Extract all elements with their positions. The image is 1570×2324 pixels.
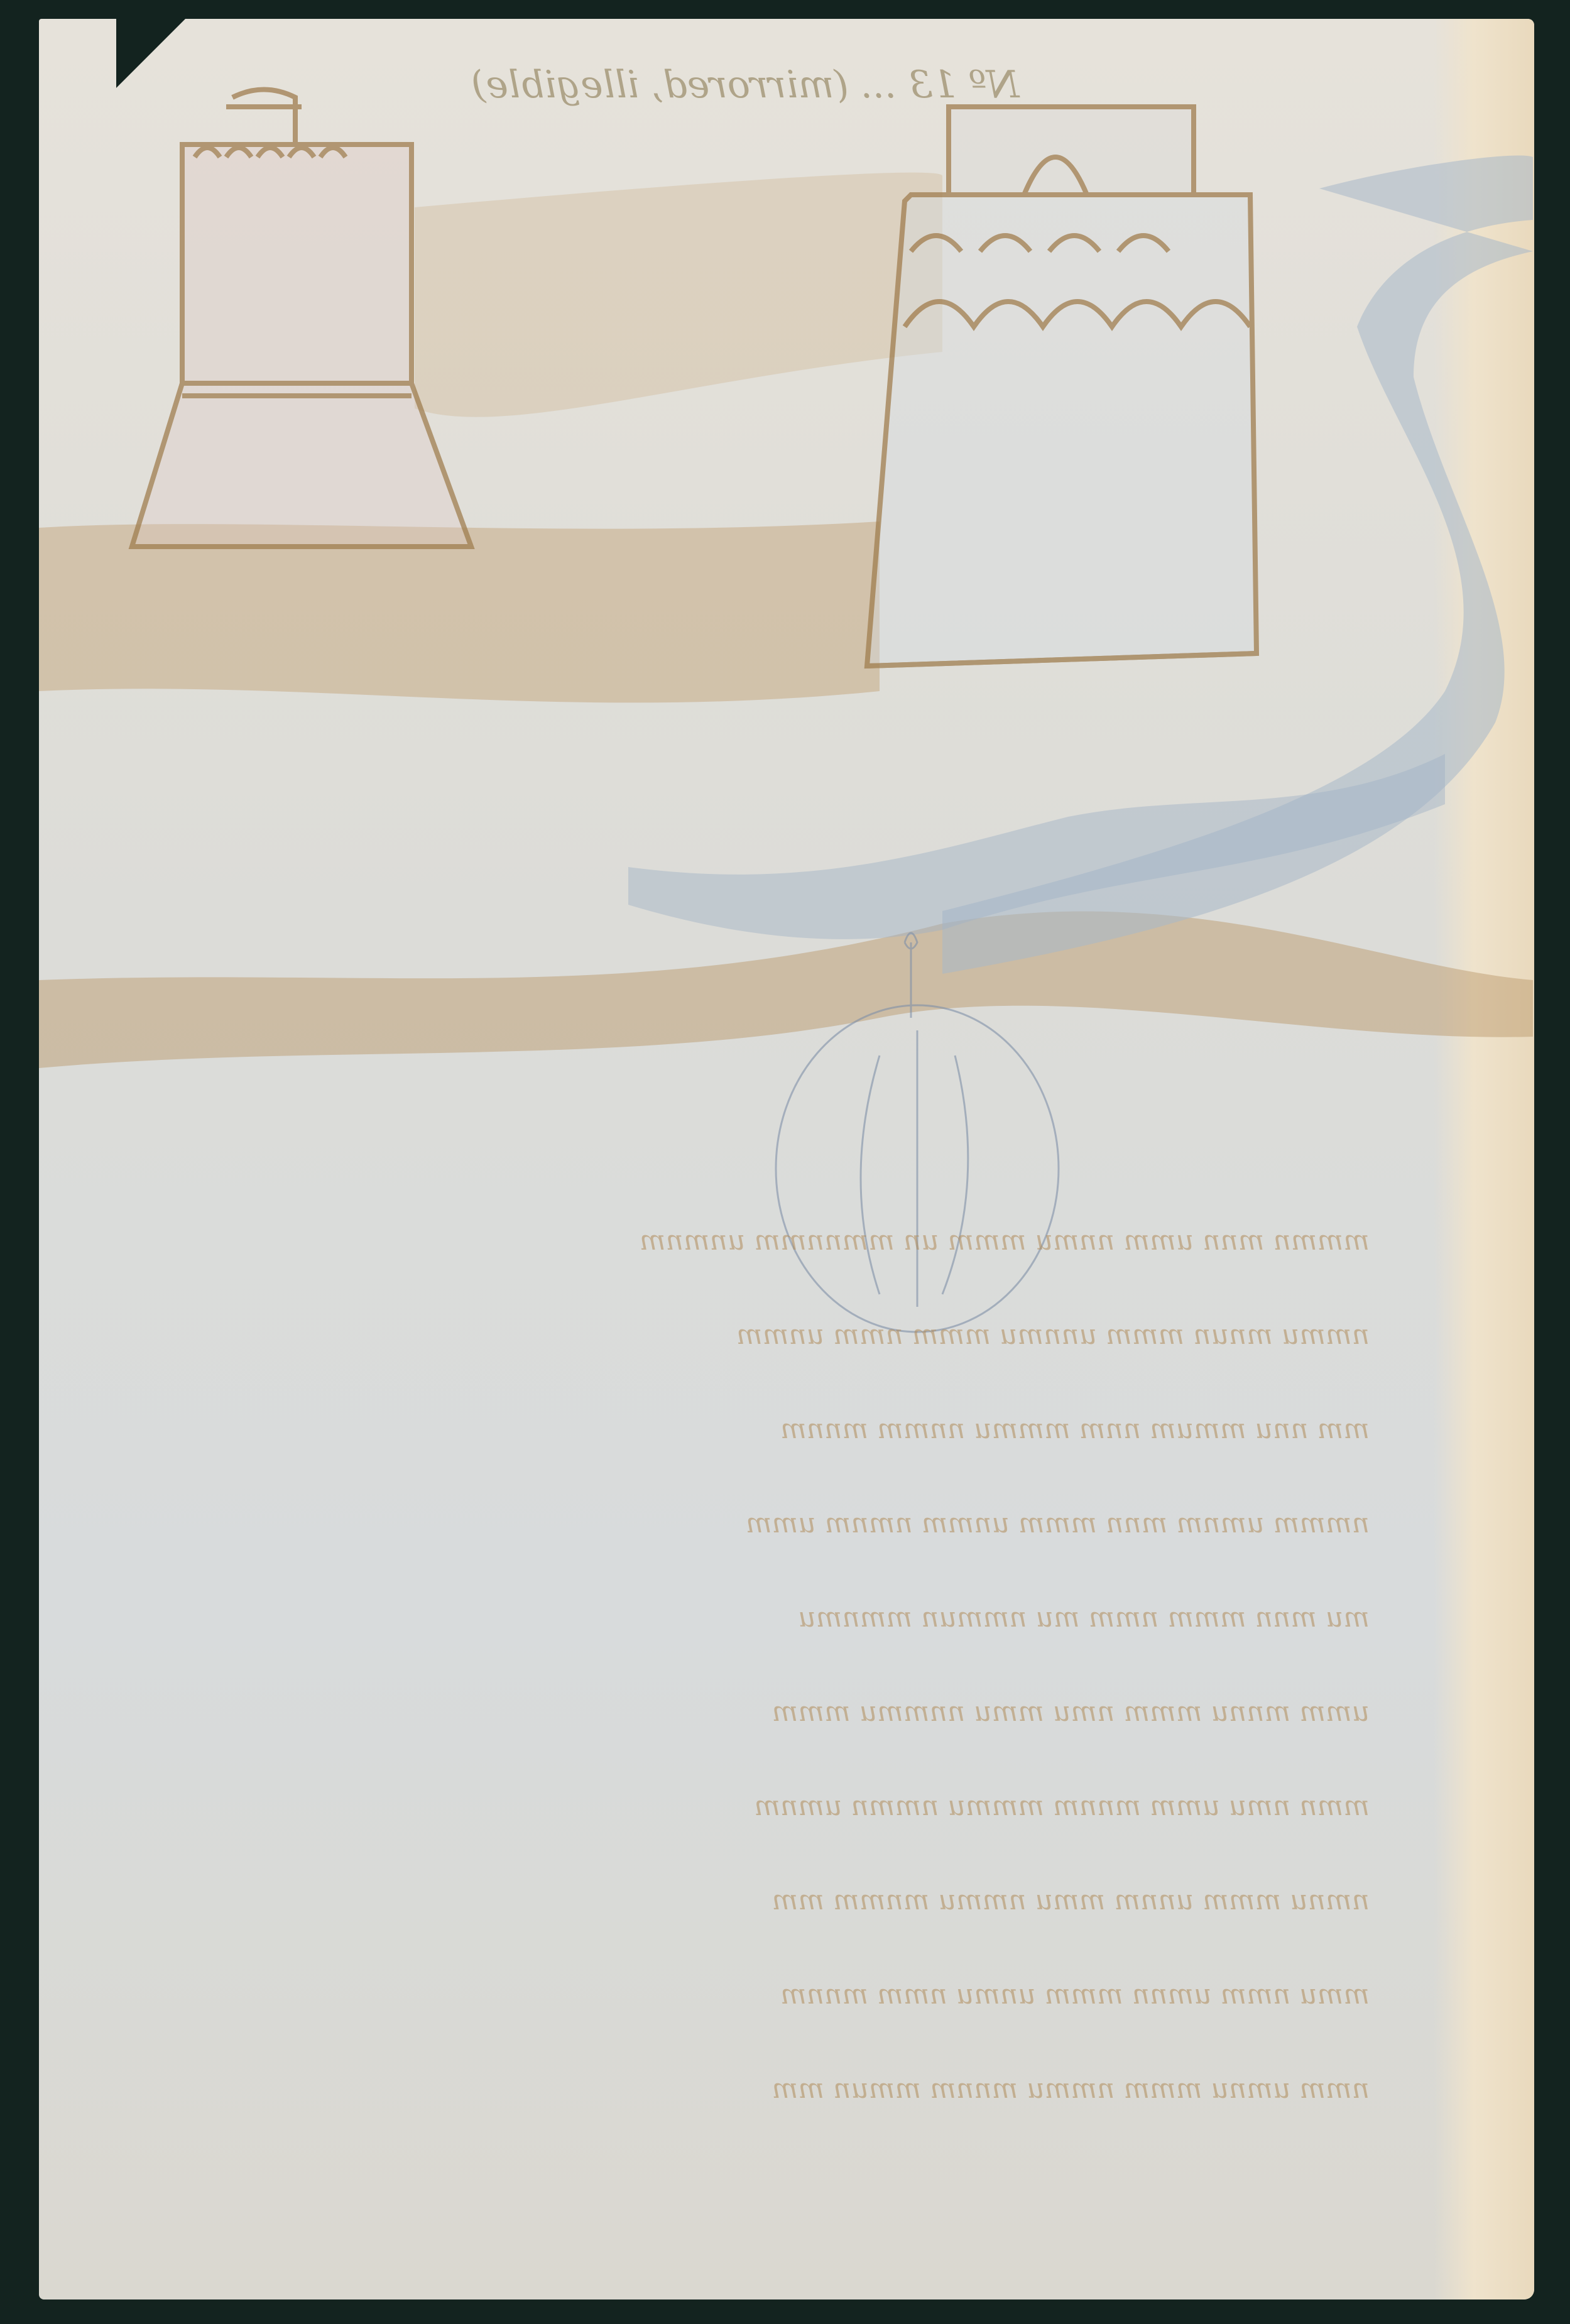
hillside bbox=[415, 173, 942, 417]
bleed-through-text: mmmn mnn umm nnmu mmm un mmnnmm unmnm nm… bbox=[176, 1194, 1370, 2136]
header-note: Nº 13 ... (mirrored, illegible) bbox=[471, 63, 1019, 107]
